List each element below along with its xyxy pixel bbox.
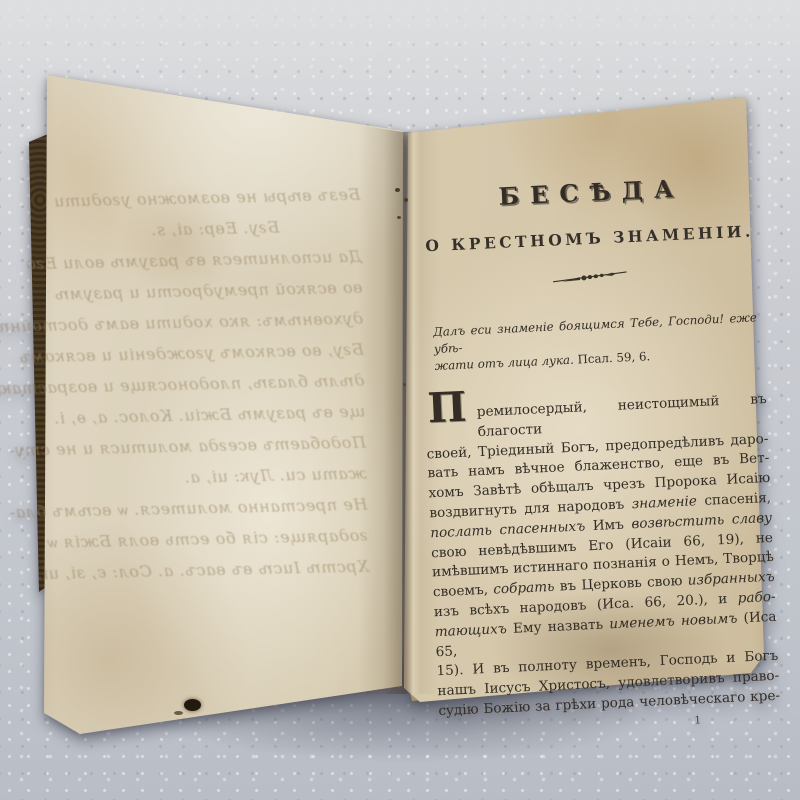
wormhole-spot bbox=[403, 383, 406, 386]
text-segment: избранныхъ bbox=[687, 569, 775, 589]
text-segment: Имъ bbox=[585, 516, 632, 534]
photo-backdrop: Безъ вѣры не возможно угодитиБгу. Евр: а… bbox=[0, 0, 800, 800]
text-segment: своемъ, bbox=[433, 582, 494, 601]
epigraph: Далъ еси знаменіе боящимся Тебе, Господи… bbox=[421, 309, 765, 375]
bleed-text-line: Безъ вѣры не возможно угодити bbox=[68, 179, 361, 217]
open-book: Безъ вѣры не возможно угодитиБгу. Евр: а… bbox=[0, 0, 800, 800]
spindle-rule-ornament-icon bbox=[419, 260, 762, 294]
text-segment: Псал. 59, 6. bbox=[577, 349, 650, 366]
drop-cap-initial: П bbox=[427, 387, 468, 430]
chapter-title: БЕСѢДА bbox=[415, 170, 758, 214]
wormhole-spot bbox=[395, 188, 400, 192]
chapter-subtitle: О КРЕСТНОМЪ ЗНАМЕНІИ. bbox=[417, 221, 760, 255]
printed-page-content: БЕСѢДА О КРЕСТНОМЪ ЗНАМЕНІИ. Далъ еси зн… bbox=[413, 140, 781, 738]
text-segment: тающихъ bbox=[434, 621, 507, 640]
text-segment: именемъ новымъ bbox=[609, 610, 738, 632]
body-text: Премилосердый, неистощимый въ благостисв… bbox=[425, 390, 781, 722]
wormhole-spot bbox=[397, 216, 401, 219]
text-segment: знаменіе bbox=[631, 493, 697, 512]
burn-spot bbox=[184, 699, 201, 711]
text-segment: спасенія, bbox=[696, 490, 771, 509]
text-segment: собрать bbox=[493, 579, 555, 598]
wormhole-spot bbox=[404, 198, 408, 202]
bleed-text-line: Хрстѣ Іисѣ въ васъ. а. Сол: є, зі, иі. bbox=[76, 551, 369, 589]
bleed-through-text: Безъ вѣры не возможно угодитиБгу. Евр: а… bbox=[68, 179, 369, 589]
text-segment: Ему назвать bbox=[506, 616, 609, 637]
text-segment: рабо- bbox=[737, 589, 776, 607]
